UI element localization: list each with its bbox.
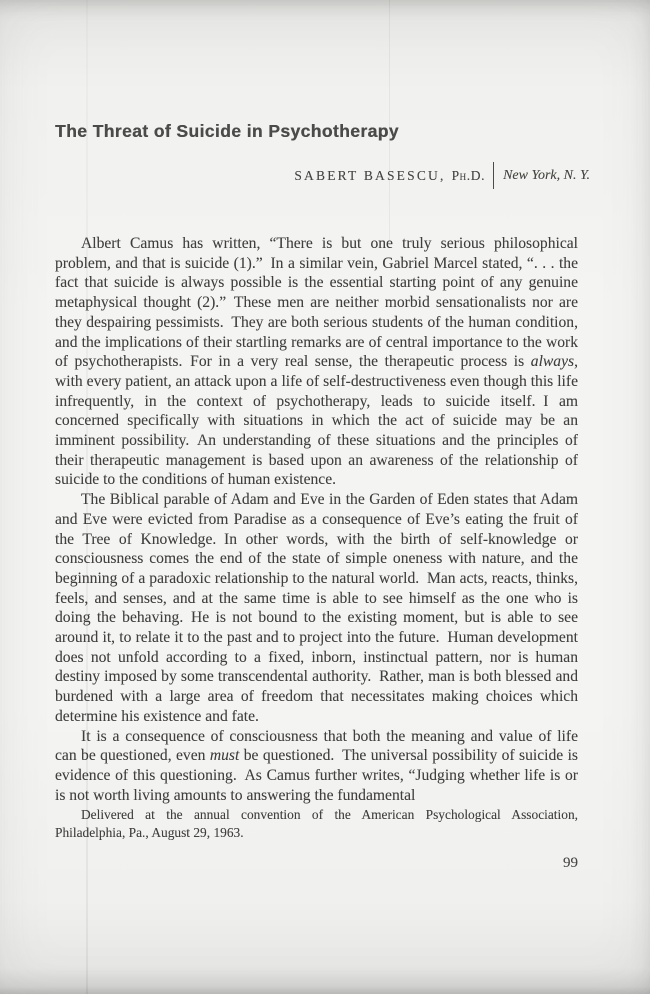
paragraph: The Biblical parable of Adam and Eve in … (55, 490, 578, 726)
paragraph: It is a consequence of consciousness tha… (55, 727, 578, 806)
byline: SABERT BASESCU, Ph.D. New York, N. Y. (55, 162, 590, 189)
paragraph: Albert Camus has written, “There is but … (55, 234, 578, 490)
byline-divider (493, 162, 494, 189)
footnote: Delivered at the annual convention of th… (55, 806, 578, 841)
author-degree: Ph.D. (452, 168, 486, 184)
author-name: SABERT BASESCU, (294, 168, 445, 184)
article-page: The Threat of Suicide in Psychotherapy S… (55, 0, 578, 872)
author-location: New York, N. Y. (503, 168, 590, 184)
page-title: The Threat of Suicide in Psychotherapy (55, 120, 578, 142)
page-number: 99 (55, 855, 578, 872)
article-body: Albert Camus has written, “There is but … (55, 234, 578, 805)
